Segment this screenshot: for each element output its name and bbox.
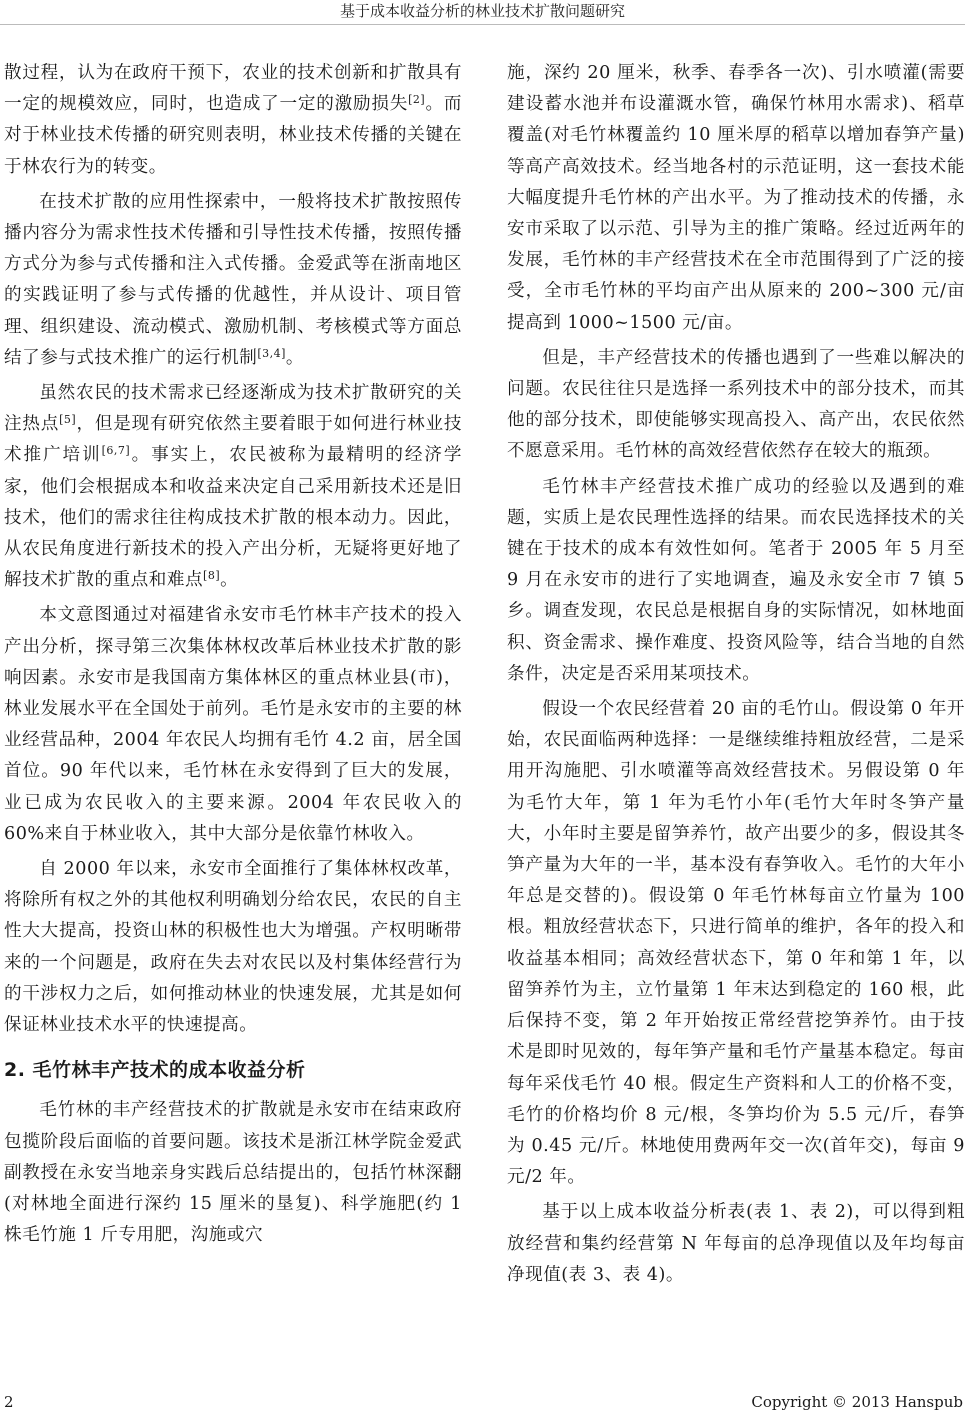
citation-ref: [6,7] bbox=[102, 444, 131, 457]
right-column: 施，深约 20 厘米，秋季、春季各一次)、引水喷灌(需要建设蓄水池并布设灌溉水管… bbox=[507, 58, 965, 1295]
paragraph: 虽然农民的技术需求已经逐渐成为技术扩散研究的关注热点[5]，但是现有研究依然主要… bbox=[4, 378, 462, 596]
header-divider bbox=[0, 24, 965, 25]
running-header: 基于成本收益分析的林业技术扩散问题研究 bbox=[0, 0, 965, 30]
paragraph: 散过程，认为在政府干预下，农业的技术创新和扩散具有一定的规模效应，同时，也造成了… bbox=[4, 58, 462, 183]
paragraph: 自 2000 年以来，永安市全面推行了集体林权改革，将除所有权之外的其他权利明确… bbox=[4, 854, 462, 1041]
left-column: 散过程，认为在政府干预下，农业的技术创新和扩散具有一定的规模效应，同时，也造成了… bbox=[4, 58, 462, 1255]
paragraph: 在技术扩散的应用性探索中，一般将技术扩散按照传播内容分为需求性技术传播和引导性技… bbox=[4, 187, 462, 374]
paragraph: 本文意图通过对福建省永安市毛竹林丰产技术的投入产出分析，探寻第三次集体林权改革后… bbox=[4, 600, 462, 850]
copyright-notice: Copyright © 2013 Hanspub bbox=[751, 1392, 963, 1412]
paragraph: 毛竹林丰产经营技术推广成功的经验以及遇到的难题，实质上是农民理性选择的结果。而农… bbox=[507, 472, 965, 690]
citation-ref: [2] bbox=[408, 93, 425, 106]
running-title: 基于成本收益分析的林业技术扩散问题研究 bbox=[340, 2, 625, 20]
paragraph: 假设一个农民经营着 20 亩的毛竹山。假设第 0 年开始，农民面临两种选择：一是… bbox=[507, 694, 965, 1193]
page-number: 2 bbox=[4, 1392, 14, 1412]
citation-ref: [5] bbox=[59, 413, 76, 426]
paragraph: 基于以上成本收益分析表(表 1、表 2)，可以得到粗放经营和集约经营第 N 年每… bbox=[507, 1197, 965, 1291]
paragraph: 施，深约 20 厘米，秋季、春季各一次)、引水喷灌(需要建设蓄水池并布设灌溉水管… bbox=[507, 58, 965, 339]
paragraph: 但是，丰产经营技术的传播也遇到了一些难以解决的问题。农民往往只是选择一系列技术中… bbox=[507, 343, 965, 468]
citation-ref: [3,4] bbox=[257, 347, 286, 360]
citation-ref: [8] bbox=[203, 569, 220, 582]
paragraph: 毛竹林的丰产经营技术的扩散就是永安市在结束政府包揽阶段后面临的首要问题。该技术是… bbox=[4, 1095, 462, 1251]
section-heading: 2. 毛竹林丰产技术的成本收益分析 bbox=[4, 1055, 462, 1085]
